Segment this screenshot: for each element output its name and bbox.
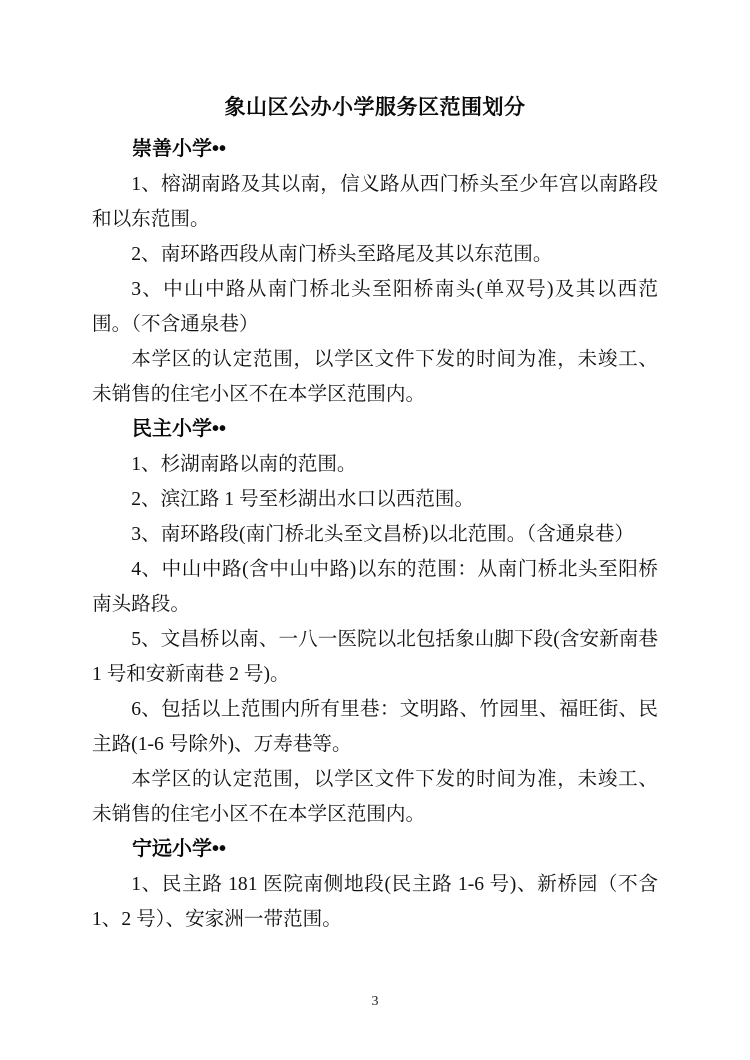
paragraph: 3、南环路段(南门桥北头至文昌桥)以北范围。（含通泉巷）: [92, 517, 658, 552]
paragraph: 本学区的认定范围，以学区文件下发的时间为准，未竣工、未销售的住宅小区不在本学区范…: [92, 342, 658, 412]
paragraph: 2、南环路西段从南门桥头至路尾及其以东范围。: [92, 237, 658, 272]
paragraph: 4、中山中路(含中山中路)以东的范围：从南门桥北头至阳桥南头路段。: [92, 552, 658, 622]
section-minzhu-primary: 民主小学•• 1、杉湖南路以南的范围。 2、滨江路 1 号至杉湖出水口以西范围。…: [92, 412, 658, 832]
paragraph: 3、中山中路从南门桥北头至阳桥南头(单双号)及其以西范围。（不含通泉巷）: [92, 272, 658, 342]
section-chongshan-primary: 崇善小学•• 1、榕湖南路及其以南，信义路从西门桥头至少年宫以南路段和以东范围。…: [92, 132, 658, 412]
document-title: 象山区公办小学服务区范围划分: [92, 90, 658, 125]
school-heading: 宁远小学••: [92, 832, 658, 867]
paragraph: 1、榕湖南路及其以南，信义路从西门桥头至少年宫以南路段和以东范围。: [92, 167, 658, 237]
school-heading: 民主小学••: [92, 412, 658, 447]
document-page: 象山区公办小学服务区范围划分 崇善小学•• 1、榕湖南路及其以南，信义路从西门桥…: [0, 0, 750, 1060]
paragraph: 1、杉湖南路以南的范围。: [92, 447, 658, 482]
paragraph: 1、民主路 181 医院南侧地段(民主路 1-6 号)、新桥园（不含 1、2 号…: [92, 867, 658, 937]
paragraph: 本学区的认定范围，以学区文件下发的时间为准，未竣工、未销售的住宅小区不在本学区范…: [92, 762, 658, 832]
section-ningyuan-primary: 宁远小学•• 1、民主路 181 医院南侧地段(民主路 1-6 号)、新桥园（不…: [92, 832, 658, 937]
paragraph: 6、包括以上范围内所有里巷：文明路、竹园里、福旺街、民主路(1-6 号除外)、万…: [92, 692, 658, 762]
school-heading: 崇善小学••: [92, 132, 658, 167]
paragraph: 2、滨江路 1 号至杉湖出水口以西范围。: [92, 482, 658, 517]
paragraph: 5、文昌桥以南、一八一医院以北包括象山脚下段(含安新南巷 1 号和安新南巷 2 …: [92, 622, 658, 692]
page-number: 3: [0, 992, 750, 1012]
